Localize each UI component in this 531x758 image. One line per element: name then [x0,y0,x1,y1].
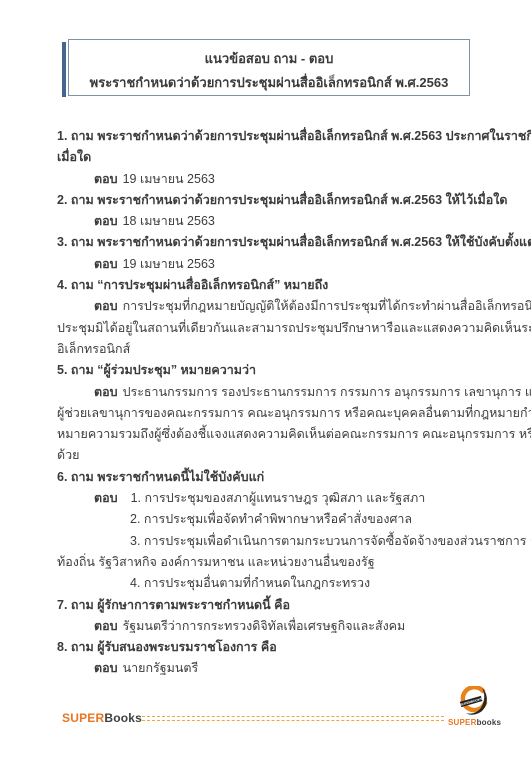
question-line: 7. ถาม ผู้รักษาการตามพระราชกำหนดนี้ คือ [57,595,501,616]
question-line: 4. ถาม “การประชุมผ่านสื่ออิเล็กทรอนิกส์”… [57,275,501,296]
answer-label: ตอบ [94,214,118,228]
answer-continuation: ประชุมมิได้อยู่ในสถานที่เดียวกันและสามาร… [57,318,501,339]
answer-text: ประธานกรรมการ รองประธานกรรมการ กรรมการ อ… [123,385,531,399]
answer-text: 19 เมษายน 2563 [123,257,215,271]
answer-label: ตอบ [94,661,118,675]
answer-list-item: 2. การประชุมเพื่อจัดทำคำพิพากษาหรือคำสั่… [57,509,501,530]
question-line: 8. ถาม ผู้รับสนองพระบรมราชโองการ คือ [57,637,501,658]
document-page: แนวข้อสอบ ถาม - ตอบ พระราชกำหนดว่าด้วยกา… [0,0,531,758]
answer-label: ตอบ [94,299,118,313]
footer-brand-dark: Books [104,711,142,725]
header-box: แนวข้อสอบ ถาม - ตอบ พระราชกำหนดว่าด้วยกา… [68,39,470,96]
question-line: 6. ถาม พระราชกำหนดนี้ไม่ใช้บังคับแก่ [57,467,501,488]
question-line: 3. ถาม พระราชกำหนดว่าด้วยการประชุมผ่านสื… [57,232,501,253]
header-accent-bar [62,42,66,97]
footer-logo-dark: books [477,718,502,727]
answer-text: นายกรัฐมนตรี [123,661,199,675]
answer-label: ตอบ [94,257,118,271]
footer-brand: SUPERBooks [62,711,142,725]
footer-logo-orange: SUPER [448,718,477,727]
document-subtitle: พระราชกำหนดว่าด้วยการประชุมผ่านสื่ออิเล็… [69,71,469,95]
answer-label: ตอบ [94,172,118,186]
footer-logo: SUPERBOOKS SUPERbooks [448,686,500,728]
question-line: 1. ถาม พระราชกำหนดว่าด้วยการประชุมผ่านสื… [57,126,501,147]
question-line: 2. ถาม พระราชกำหนดว่าด้วยการประชุมผ่านสื… [57,190,501,211]
footer: SUPERBooks SUPERBOOKS SUPERbooks [62,684,500,734]
footer-brand-orange: SUPER [62,711,104,725]
answer-continuation: ท้องถิ่น รัฐวิสาหกิจ องค์การมหาชน และหน่… [57,552,501,573]
answer-text: การประชุมที่กฎหมายบัญญัติให้ต้องมีการประ… [123,299,531,313]
content: 1. ถาม พระราชกำหนดว่าด้วยการประชุมผ่านสื… [57,126,501,680]
answer-list-item: 4. การประชุมอื่นตามที่กำหนดในกฎกระทรวง [57,573,501,594]
answer-line: ตอบ19 เมษายน 2563 [57,254,501,275]
superbooks-logo-icon: SUPERBOOKS [458,686,490,718]
footer-logo-text: SUPERbooks [448,718,500,728]
answer-continuation: ด้วย [57,445,501,466]
answer-continuation: ผู้ช่วยเลขานุการของคณะกรรมการ คณะอนุกรรม… [57,403,501,424]
answer-continuation: อิเล็กทรอนิกส์ [57,339,501,360]
answer-line: ตอบ19 เมษายน 2563 [57,169,501,190]
answer-line: ตอบรัฐมนตรีว่าการกระทรวงดิจิทัลเพื่อเศรษ… [57,616,501,637]
answer-line: ตอบ1. การประชุมของสภาผู้แทนราษฎร วุฒิสภา… [57,488,501,509]
question-line: เมื่อใด [57,147,501,168]
answer-continuation: หมายความรวมถึงผู้ซึ่งต้องชี้แจงแสดงความค… [57,424,501,445]
answer-line: ตอบนายกรัฐมนตรี [57,658,501,679]
answer-text: 19 เมษายน 2563 [123,172,215,186]
document-title: แนวข้อสอบ ถาม - ตอบ [69,47,469,71]
answer-text: 1. การประชุมของสภาผู้แทนราษฎร วุฒิสภา แล… [131,491,426,505]
answer-list-item: 3. การประชุมเพื่อดำเนินการตามกระบวนการจั… [57,531,501,552]
question-line: 5. ถาม “ผู้ร่วมประชุม” หมายความว่า [57,360,501,381]
answer-line: ตอบการประชุมที่กฎหมายบัญญัติให้ต้องมีการ… [57,296,501,317]
footer-divider [142,716,444,721]
answer-text: 18 เมษายน 2563 [123,214,215,228]
answer-line: ตอบประธานกรรมการ รองประธานกรรมการ กรรมกา… [57,382,501,403]
answer-label: ตอบ [94,385,118,399]
answer-text: รัฐมนตรีว่าการกระทรวงดิจิทัลเพื่อเศรษฐกิ… [123,619,406,633]
answer-line: ตอบ18 เมษายน 2563 [57,211,501,232]
answer-label: ตอบ [94,619,118,633]
answer-label: ตอบ [94,491,118,505]
